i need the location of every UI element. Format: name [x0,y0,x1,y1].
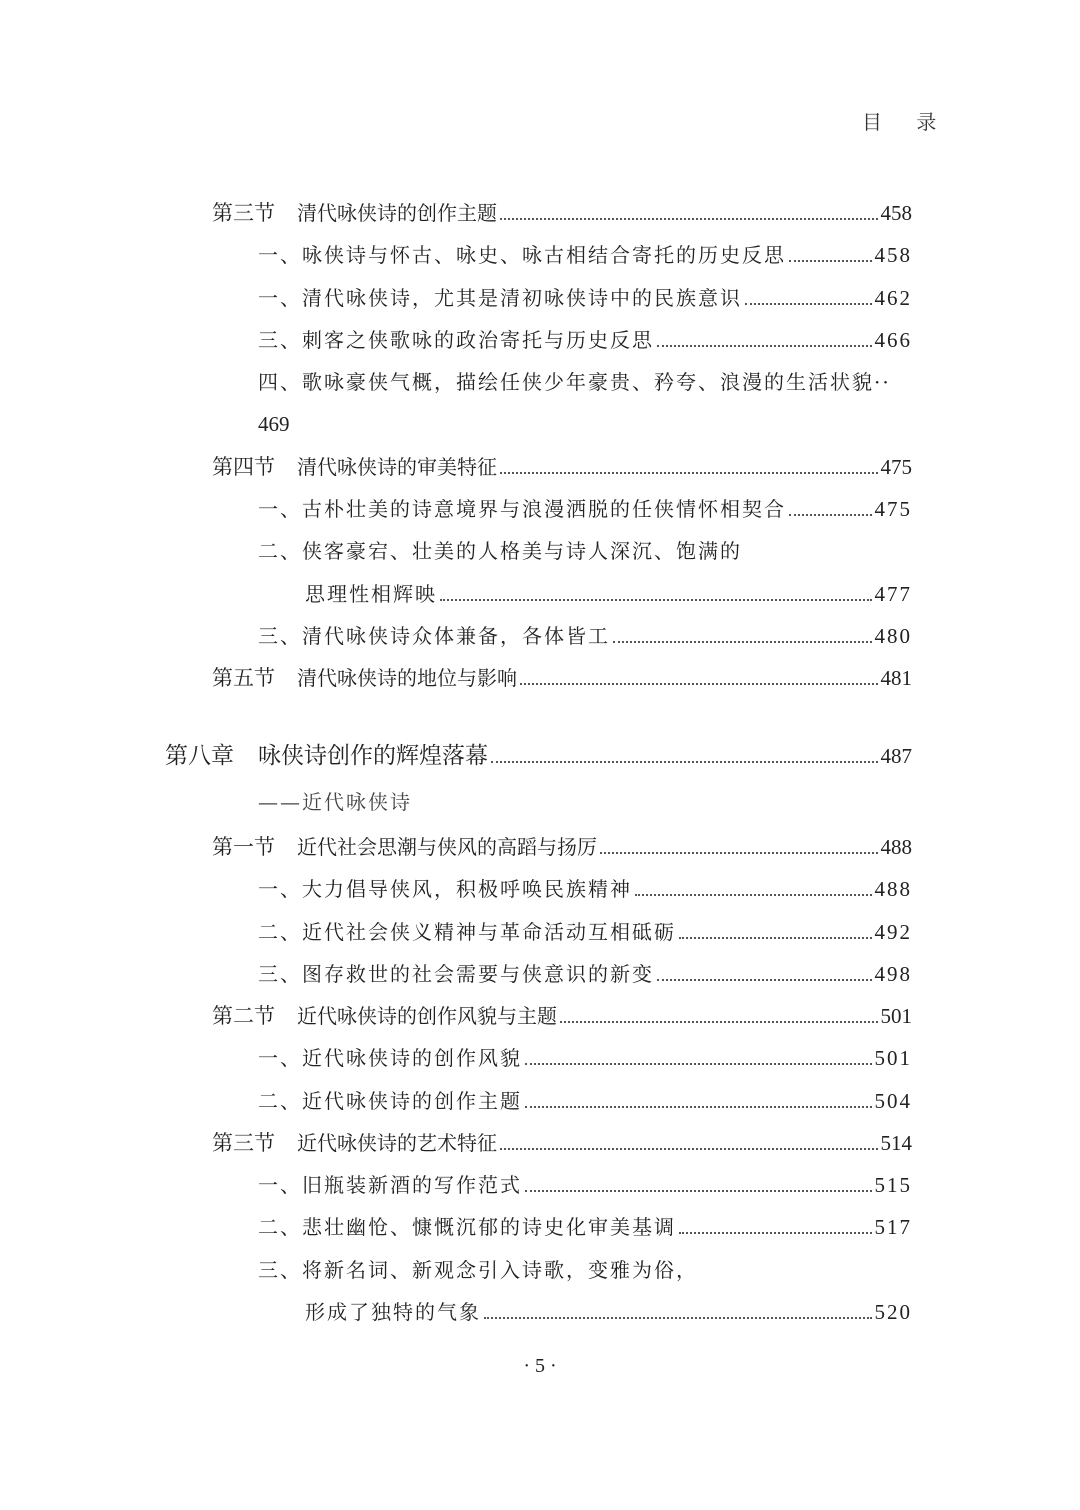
toc-entry[interactable]: 思理性相辉映477 [305,579,912,609]
toc-page-number: 458 [875,240,913,270]
toc-page-number: 469 [258,409,290,439]
dot-leader [520,683,878,685]
toc-page-number: 515 [875,1170,913,1200]
toc-title: 一、咏侠诗与怀古、咏史、咏古相结合寄托的历史反思 [258,243,786,267]
toc-label: 一、旧瓶装新酒的写作范式 [258,1170,522,1200]
toc-page-number: 462 [875,283,913,313]
toc-label: 第五节清代咏侠诗的地位与影响 [212,663,517,693]
toc-page-number: 475 [881,452,913,482]
toc-page-number: 477 [875,579,913,609]
toc-title: 一、大力倡导侠风，积极呼唤民族精神 [258,877,632,901]
toc-entry[interactable]: 形成了独特的气象520 [305,1297,912,1327]
toc-label: 二、近代咏侠诗的创作主题 [258,1086,522,1116]
toc-label: 第四节清代咏侠诗的审美特征 [212,452,497,482]
toc-entry[interactable]: 二、近代社会侠义精神与革命活动互相砥砺492 [258,917,912,947]
toc-entry[interactable]: 一、咏侠诗与怀古、咏史、咏古相结合寄托的历史反思458 [258,240,912,270]
toc-section[interactable]: 第五节清代咏侠诗的地位与影响481 [212,663,912,693]
toc-entry[interactable]: 四、歌咏豪侠气概，描绘任侠少年豪贵、矜夸、浪漫的生活状貌·· [258,367,891,397]
toc-section[interactable]: 第四节清代咏侠诗的审美特征475 [212,452,912,482]
toc-entry[interactable]: 一、清代咏侠诗，尤其是清初咏侠诗中的民族意识462 [258,283,912,313]
toc-section[interactable]: 第二节近代咏侠诗的创作风貌与主题501 [212,1001,912,1031]
toc-label: 一、大力倡导侠风，积极呼唤民族精神 [258,874,632,904]
toc-label: 第一节近代社会思潮与侠风的高蹈与扬厉 [212,832,597,862]
dot-leader [525,1106,872,1108]
dot-leader [440,599,872,601]
dot-leader [657,345,872,347]
toc-label: 一、古朴壮美的诗意境界与浪漫洒脱的任侠情怀相契合 [258,494,786,524]
page-number: · 5 · [0,1355,1080,1378]
dot-leader [491,761,878,763]
toc-title: 近代咏侠诗的艺术特征 [297,1131,497,1155]
section-number: 第一节 [212,835,275,859]
toc-label: 三、清代咏侠诗众体兼备，各体皆工 [258,621,610,651]
toc-label: 形成了独特的气象 [305,1297,481,1327]
toc-entry[interactable]: 二、悲壮幽怆、慷慨沉郁的诗史化审美基调517 [258,1212,912,1242]
toc-page-number: 501 [875,1043,913,1073]
dot-leader [600,852,878,854]
toc-label: 一、咏侠诗与怀古、咏史、咏古相结合寄托的历史反思 [258,240,786,270]
toc-entry[interactable]: 一、古朴壮美的诗意境界与浪漫洒脱的任侠情怀相契合475 [258,494,912,524]
dot-leader [525,1190,872,1192]
dot-leader [635,894,872,896]
toc-page-number: 488 [881,832,913,862]
toc-entry[interactable]: 一、近代咏侠诗的创作风貌501 [258,1043,912,1073]
toc-title: 思理性相辉映 [305,582,437,606]
toc-section[interactable]: 第一节近代社会思潮与侠风的高蹈与扬厉488 [212,832,912,862]
section-number: 第四节 [212,455,275,479]
toc-page-number: 480 [875,621,913,651]
dot-leader [500,1148,878,1150]
toc-page-number: 488 [875,874,913,904]
dot-leader [613,641,872,643]
toc-title: 清代咏侠诗的创作主题 [297,201,497,225]
toc-entry[interactable]: 三、图存救世的社会需要与侠意识的新变498 [258,959,912,989]
toc-title: 咏侠诗创作的辉煌落幕 [258,743,488,769]
section-number: 第五节 [212,666,275,690]
toc-page-number: 504 [875,1086,913,1116]
dot-leader [679,1232,872,1234]
toc-entry[interactable]: 二、近代咏侠诗的创作主题504 [258,1086,912,1116]
toc-page-number: 498 [875,959,913,989]
toc-entry[interactable]: 一、大力倡导侠风，积极呼唤民族精神488 [258,874,912,904]
chapter-subtitle: ——近代咏侠诗 [258,787,412,817]
toc-title: 三、清代咏侠诗众体兼备，各体皆工 [258,624,610,648]
toc-label: 思理性相辉映 [305,579,437,609]
toc-title: 一、近代咏侠诗的创作风貌 [258,1046,522,1070]
dot-leader [500,218,878,220]
toc-title: 二、近代咏侠诗的创作主题 [258,1089,522,1113]
dot-leader [500,472,878,474]
toc-title: 清代咏侠诗的审美特征 [297,455,497,479]
toc-label: 第八章咏侠诗创作的辉煌落幕 [165,741,488,771]
toc-page-number: 481 [881,663,913,693]
toc-label: 三、刺客之侠歌咏的政治寄托与历史反思 [258,325,654,355]
section-number: 第三节 [212,1131,275,1155]
toc-page-number: 487 [881,741,913,771]
toc-label: 三、图存救世的社会需要与侠意识的新变 [258,959,654,989]
toc-section[interactable]: 第三节近代咏侠诗的艺术特征514 [212,1128,912,1158]
toc-title: 二、近代社会侠义精神与革命活动互相砥砺 [258,920,676,944]
toc-entry[interactable]: 三、清代咏侠诗众体兼备，各体皆工480 [258,621,912,651]
dot-leader [789,260,872,262]
toc-label: 二、近代社会侠义精神与革命活动互相砥砺 [258,917,676,947]
toc-page-number: 517 [875,1212,913,1242]
toc-label: 一、近代咏侠诗的创作风貌 [258,1043,522,1073]
toc-title: 三、刺客之侠歌咏的政治寄托与历史反思 [258,328,654,352]
toc-title: 一、旧瓶装新酒的写作范式 [258,1173,522,1197]
toc-chapter[interactable]: 第八章咏侠诗创作的辉煌落幕487 [165,741,912,771]
running-header: 目 录 [862,106,950,135]
toc-page-number: 520 [875,1297,913,1327]
section-number: 第八章 [165,743,234,768]
dot-leader [484,1317,872,1319]
toc-title: 三、图存救世的社会需要与侠意识的新变 [258,962,654,986]
toc-label: 第二节近代咏侠诗的创作风貌与主题 [212,1001,557,1031]
toc-label: 一、清代咏侠诗，尤其是清初咏侠诗中的民族意识 [258,283,742,313]
dot-leader [745,303,872,305]
toc-page-number: 466 [875,325,913,355]
toc-page-number: 492 [875,917,913,947]
toc-title: 形成了独特的气象 [305,1300,481,1324]
toc-entry-heading[interactable]: 二、侠客豪宕、壮美的人格美与诗人深沉、饱满的 [258,536,742,566]
toc-label: 二、悲壮幽怆、慷慨沉郁的诗史化审美基调 [258,1212,676,1242]
toc-title: 近代咏侠诗的创作风貌与主题 [297,1004,557,1028]
toc-label: 第三节清代咏侠诗的创作主题 [212,198,497,228]
toc-page-number: 501 [881,1001,913,1031]
section-number: 第二节 [212,1004,275,1028]
toc-page-number: 514 [881,1128,913,1158]
dot-leader [525,1063,872,1065]
dot-leader [657,979,872,981]
toc-entry[interactable]: 一、旧瓶装新酒的写作范式515 [258,1170,912,1200]
toc-title: 清代咏侠诗的地位与影响 [297,666,517,690]
section-number: 第三节 [212,201,275,225]
toc-title: 近代社会思潮与侠风的高蹈与扬厉 [297,835,597,859]
toc-section[interactable]: 第三节清代咏侠诗的创作主题458 [212,198,912,228]
toc-entry[interactable]: 三、刺客之侠歌咏的政治寄托与历史反思466 [258,325,912,355]
dot-leader [789,514,872,516]
dot-leader [679,937,872,939]
dot-leader [560,1021,878,1023]
toc-page-number: 475 [875,494,913,524]
toc-label: 第三节近代咏侠诗的艺术特征 [212,1128,497,1158]
toc-title: 一、清代咏侠诗，尤其是清初咏侠诗中的民族意识 [258,286,742,310]
toc-page-number: 458 [881,198,913,228]
toc-entry-heading[interactable]: 三、将新名词、新观念引入诗歌，变雅为俗， [258,1255,698,1285]
toc-title: 一、古朴壮美的诗意境界与浪漫洒脱的任侠情怀相契合 [258,497,786,521]
toc-title: 二、悲壮幽怆、慷慨沉郁的诗史化审美基调 [258,1215,676,1239]
